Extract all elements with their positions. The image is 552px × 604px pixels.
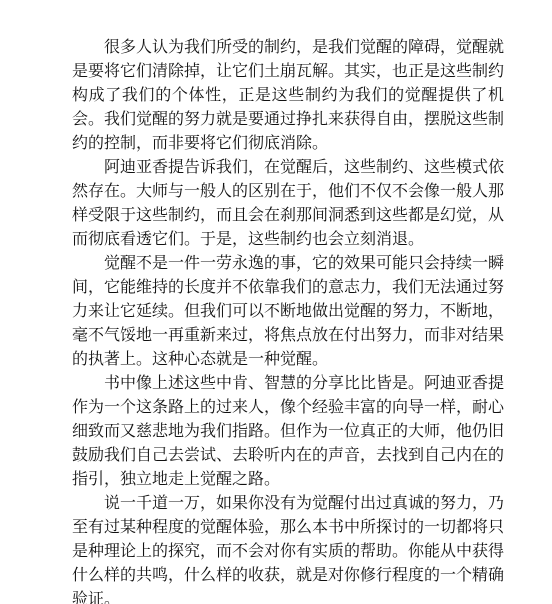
paragraph: 书中像上述这些中肯、智慧的分享比比皆是。阿迪亚香提作为一个这条路上的过来人，像个… bbox=[72, 372, 504, 492]
paragraph: 觉醒不是一件一劳永逸的事，它的效果可能只会持续一瞬间，它能维持的长度并不依靠我们… bbox=[72, 252, 504, 372]
paragraph: 很多人认为我们所受的制约，是我们觉醒的障碍，觉醒就是要将它们清除掉，让它们土崩瓦… bbox=[72, 36, 504, 156]
paragraph: 说一千道一万，如果你没有为觉醒付出过真诚的努力，乃至有过某种程度的觉醒体验，那么… bbox=[72, 492, 504, 604]
book-page: 很多人认为我们所受的制约，是我们觉醒的障碍，觉醒就是要将它们清除掉，让它们土崩瓦… bbox=[0, 0, 552, 604]
body-text: 很多人认为我们所受的制约，是我们觉醒的障碍，觉醒就是要将它们清除掉，让它们土崩瓦… bbox=[72, 36, 504, 604]
paragraph: 阿迪亚香提告诉我们，在觉醒后，这些制约、这些模式依然存在。大师与一般人的区别在于… bbox=[72, 156, 504, 252]
